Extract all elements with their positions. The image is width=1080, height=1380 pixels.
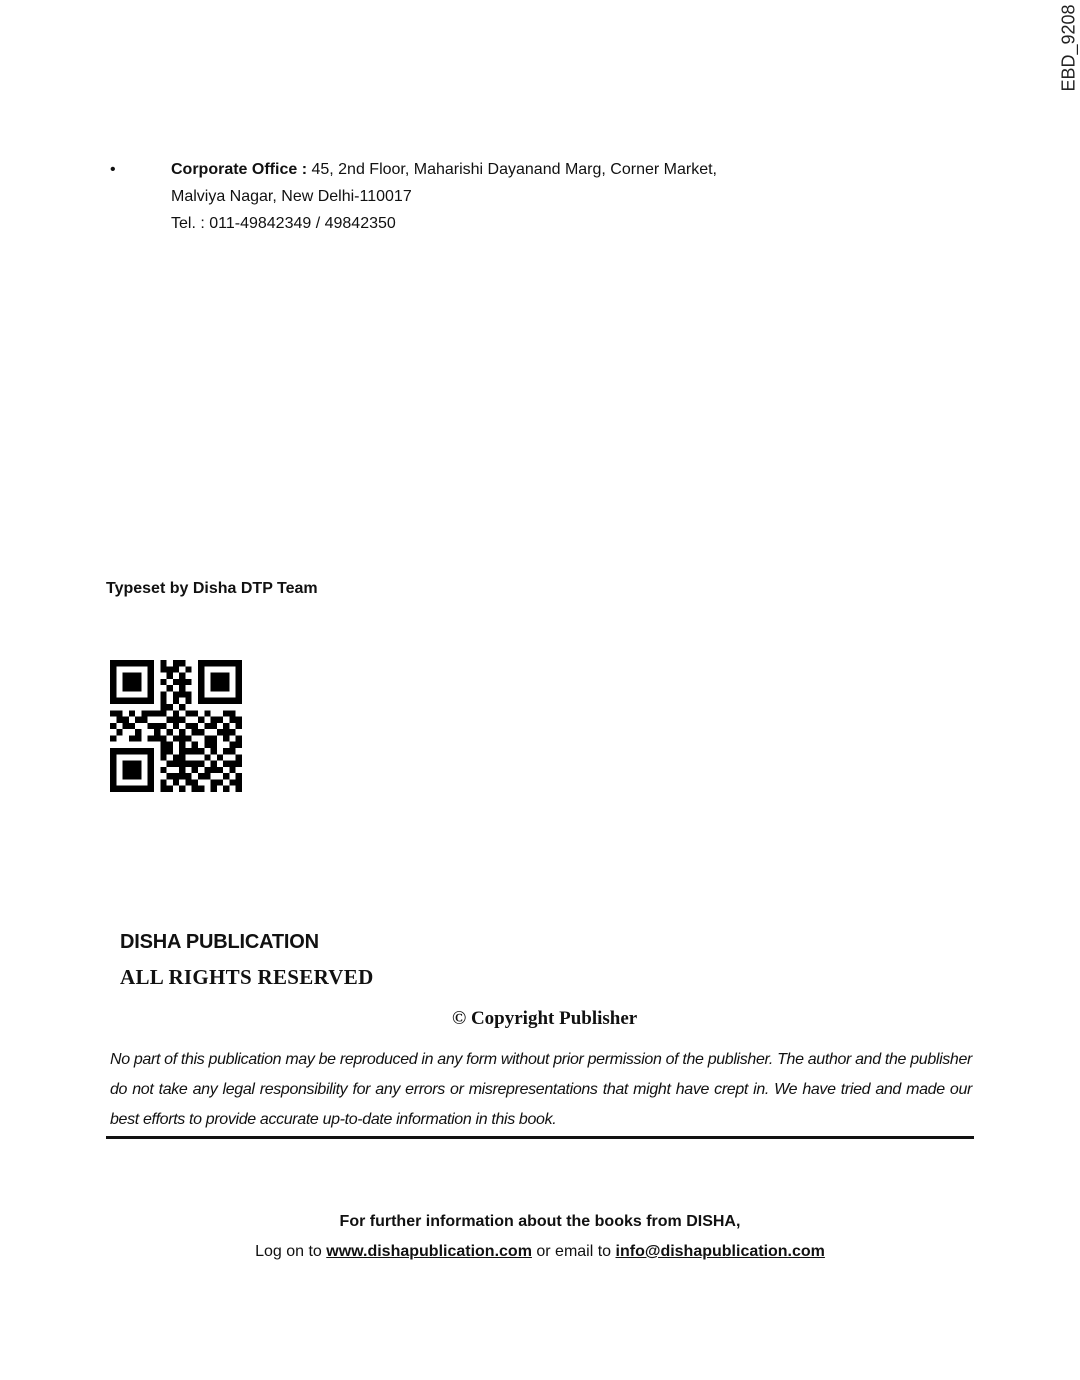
bullet: • [110, 156, 116, 183]
address-line-2: Malviya Nagar, New Delhi-110017 [171, 183, 717, 210]
rights-reserved: ALL RIGHTS RESERVED [120, 965, 374, 990]
qr-code-icon[interactable] [110, 660, 242, 792]
publisher-name: DISHA PUBLICATION [120, 931, 319, 954]
page-code: EBD_9208 [1059, 4, 1080, 91]
website-link[interactable]: www.dishapublication.com [326, 1243, 532, 1260]
telephone: Tel. : 011-49842349 / 49842350 [171, 210, 717, 237]
divider [106, 1136, 974, 1139]
further-info: For further information about the books … [0, 1213, 1080, 1231]
email-link[interactable]: info@dishapublication.com [616, 1243, 825, 1260]
contact-line: Log on to www.dishapublication.com or em… [0, 1243, 1080, 1261]
disclaimer: No part of this publication may be repro… [110, 1045, 972, 1135]
copyright-notice: © Copyright Publisher [452, 1008, 637, 1030]
page-code-label: EBD_9208 [1058, 0, 1080, 95]
typeset-credit: Typeset by Disha DTP Team [106, 580, 318, 598]
address-line-1: Corporate Office : 45, 2nd Floor, Mahari… [171, 156, 717, 183]
corporate-office-label: Corporate Office : [171, 161, 307, 178]
